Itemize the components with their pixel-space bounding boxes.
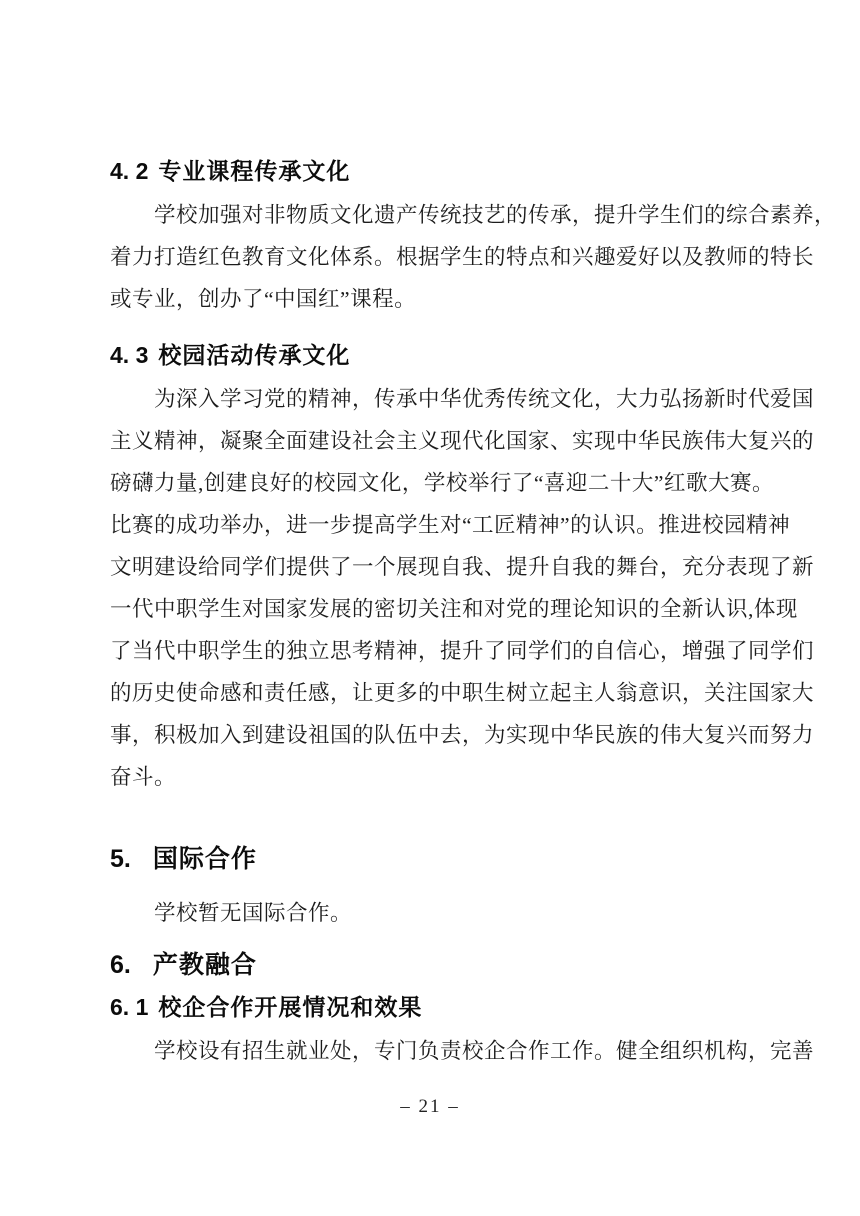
paragraph-4-3: 为深入学习党的精神，传承中华优秀传统文化，大力弘扬新时代爱国 主义精神，凝聚全面… xyxy=(110,378,756,798)
section-heading-6-1: 6. 1 校企合作开展情况和效果 xyxy=(110,992,756,1022)
section-heading-4-2: 4. 2 专业课程传承文化 xyxy=(110,156,756,186)
paragraph-5: 学校暂无国际合作。 xyxy=(110,892,756,934)
text-line: 了当代中职学生的独立思考精神，提升了同学们的自信心，增强了同学们 xyxy=(110,630,756,672)
section-heading-6: 6. 产教融合 xyxy=(110,948,756,982)
text-line: 主义精神，凝聚全面建设社会主义现代化国家、实现中华民族伟大复兴的 xyxy=(110,420,756,462)
paragraph-4-2: 学校加强对非物质文化遗产传统技艺的传承，提升学生们的综合素养， 着力打造红色教育… xyxy=(110,194,756,320)
heading-number: 5. xyxy=(110,842,131,876)
text-line: 着力打造红色教育文化体系。根据学生的特点和兴趣爱好以及教师的特长 xyxy=(110,236,756,278)
text-line: 学校加强对非物质文化遗产传统技艺的传承，提升学生们的综合素养， xyxy=(110,194,756,236)
text-line: 文明建设给同学们提供了一个展现自我、提升自我的舞台，充分表现了新 xyxy=(110,546,756,588)
section-heading-5: 5. 国际合作 xyxy=(110,842,756,876)
text-line: 学校设有招生就业处，专门负责校企合作工作。健全组织机构，完善 xyxy=(110,1030,756,1072)
text-line: 磅礴力量,创建良好的校园文化，学校举行了“喜迎二十大”红歌大赛。 xyxy=(110,462,756,504)
text-line: 事，积极加入到建设祖国的队伍中去，为实现中华民族的伟大复兴而努力 xyxy=(110,714,756,756)
heading-title: 校企合作开展情况和效果 xyxy=(158,992,422,1022)
heading-number: 6. xyxy=(110,948,131,982)
section-heading-4-3: 4. 3 校园活动传承文化 xyxy=(110,340,756,370)
heading-title: 专业课程传承文化 xyxy=(158,156,350,186)
text-line: 比赛的成功举办，进一步提高学生对“工匠精神”的认识。推进校园精神 xyxy=(110,504,756,546)
heading-number: 4. 3 xyxy=(110,340,148,370)
text-line: 一代中职学生对国家发展的密切关注和对党的理论知识的全新认识,体现 xyxy=(110,588,756,630)
text-line: 学校暂无国际合作。 xyxy=(110,892,756,934)
text-line: 奋斗。 xyxy=(110,756,756,798)
heading-title: 产教融合 xyxy=(153,948,257,982)
page-number: – 21 – xyxy=(0,1096,860,1118)
heading-number: 4. 2 xyxy=(110,156,148,186)
heading-number: 6. 1 xyxy=(110,992,148,1022)
text-line: 为深入学习党的精神，传承中华优秀传统文化，大力弘扬新时代爱国 xyxy=(110,378,756,420)
heading-title: 国际合作 xyxy=(153,842,257,876)
text-line: 的历史使命感和责任感，让更多的中职生树立起主人翁意识，关注国家大 xyxy=(110,672,756,714)
paragraph-6-1: 学校设有招生就业处，专门负责校企合作工作。健全组织机构，完善 xyxy=(110,1030,756,1072)
heading-title: 校园活动传承文化 xyxy=(158,340,350,370)
text-line: 或专业，创办了“中国红”课程。 xyxy=(110,278,756,320)
document-page: 4. 2 专业课程传承文化 学校加强对非物质文化遗产传统技艺的传承，提升学生们的… xyxy=(0,0,860,1216)
